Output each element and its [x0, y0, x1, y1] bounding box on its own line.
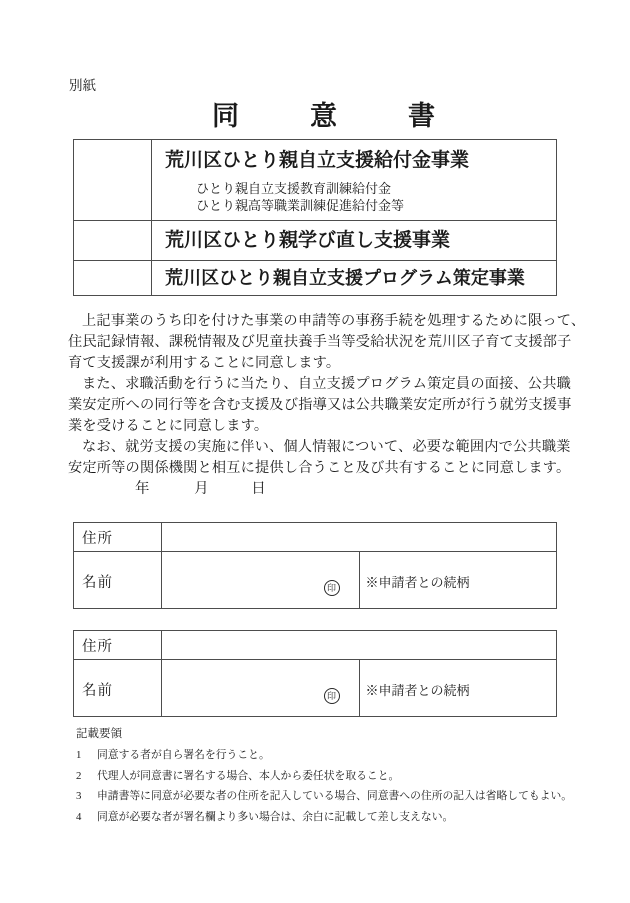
notes-section: 記載要領 1 同意する者が自ら署名を行うこと。 2 代理人が同意書に署名する場合… [76, 725, 576, 823]
program-cell-relearn: 荒川区ひとり親学び直し支援事業 [152, 221, 557, 261]
note-text: 同意する者が自ら署名を行うこと。 [97, 749, 270, 762]
name-row: 名前 印 ※申請者との続柄 [74, 552, 557, 609]
name-input-cell[interactable]: 印 [162, 660, 360, 717]
relation-cell[interactable]: ※申請者との続柄 [359, 660, 557, 717]
consent-text: 上記事業のうち印を付けた事業の申請等の事務手続を処理するために限って、 住民記録… [68, 311, 573, 479]
note-item: 3 申請書等に同意が必要な者の住所を記入している場合、同意書への住所の記入は省略… [76, 790, 576, 803]
name-input-cell[interactable]: 印 [162, 552, 360, 609]
notes-heading: 記載要領 [76, 725, 576, 741]
note-number: 1 [76, 749, 97, 762]
name-label: 名前 [74, 660, 162, 717]
address-row: 住所 [74, 631, 557, 660]
consent-line: また、求職活動を行うに当たり、自立支援プログラム策定員の面接、公共職 [68, 374, 573, 395]
date-line: 年 月 日 [68, 477, 266, 498]
program-mark-cell-2[interactable] [74, 221, 152, 261]
consent-line: 業を受けることに同意します。 [68, 416, 573, 437]
note-text: 代理人が同意書に署名する場合、本人から委任状を取ること。 [97, 770, 399, 783]
page-title: 同意書 [0, 94, 630, 133]
attachment-label: 別紙 [69, 74, 96, 94]
date-month-label: 月 [194, 481, 209, 497]
relation-label: ※申請者との続柄 [366, 683, 470, 698]
address-input-cell[interactable] [162, 631, 557, 660]
consent-line: 育て支援課が利用することに同意します。 [68, 353, 573, 374]
consent-line: 住民記録情報、課税情報及び児童扶養手当等受給状況を荒川区子育て支援部子 [68, 332, 573, 353]
program-row-relearn: 荒川区ひとり親学び直し支援事業 [74, 221, 557, 261]
address-input-cell[interactable] [162, 523, 557, 552]
name-label: 名前 [74, 552, 162, 609]
note-item: 4 同意が必要な者が署名欄より多い場合は、余白に記載して差し支えない。 [76, 811, 576, 824]
program-cell-plan: 荒川区ひとり親自立支援プログラム策定事業 [152, 261, 557, 296]
address-label: 住所 [74, 523, 162, 552]
note-text: 申請書等に同意が必要な者の住所を記入している場合、同意書への住所の記入は省略して… [97, 790, 572, 803]
program-title: 荒川区ひとり親自立支援プログラム策定事業 [165, 266, 552, 290]
relation-label: ※申請者との続柄 [366, 575, 470, 590]
programs-table: 荒川区ひとり親自立支援給付金事業 ひとり親自立支援教育訓練給付金 ひとり親高等職… [73, 139, 557, 296]
note-number: 4 [76, 811, 97, 824]
relation-cell[interactable]: ※申請者との続柄 [359, 552, 557, 609]
program-subitem: ひとり親自立支援教育訓練給付金 [196, 180, 552, 197]
address-label: 住所 [74, 631, 162, 660]
program-mark-cell-3[interactable] [74, 261, 152, 296]
address-row: 住所 [74, 523, 557, 552]
date-year-label: 年 [135, 481, 150, 497]
note-text: 同意が必要な者が署名欄より多い場合は、余白に記載して差し支えない。 [97, 811, 453, 824]
name-row: 名前 印 ※申請者との続柄 [74, 660, 557, 717]
consent-line: 上記事業のうち印を付けた事業の申請等の事務手続を処理するために限って、 [68, 311, 573, 332]
consent-line: なお、就労支援の実施に伴い、個人情報について、必要な範囲内で公共職業 [68, 437, 573, 458]
program-subitem: ひとり親高等職業訓練促進給付金等 [196, 197, 552, 214]
program-row-benefit: 荒川区ひとり親自立支援給付金事業 ひとり親自立支援教育訓練給付金 ひとり親高等職… [74, 140, 557, 221]
signature-table-1: 住所 名前 印 ※申請者との続柄 [73, 522, 557, 609]
note-item: 2 代理人が同意書に署名する場合、本人から委任状を取ること。 [76, 770, 576, 783]
program-title: 荒川区ひとり親自立支援給付金事業 [165, 149, 552, 173]
seal-icon: 印 [324, 580, 340, 596]
note-number: 3 [76, 790, 97, 803]
program-row-plan: 荒川区ひとり親自立支援プログラム策定事業 [74, 261, 557, 296]
signature-table-2: 住所 名前 印 ※申請者との続柄 [73, 630, 557, 717]
program-cell-benefit: 荒川区ひとり親自立支援給付金事業 ひとり親自立支援教育訓練給付金 ひとり親高等職… [152, 140, 557, 221]
note-item: 1 同意する者が自ら署名を行うこと。 [76, 749, 576, 762]
document-page: 別紙 同意書 荒川区ひとり親自立支援給付金事業 ひとり親自立支援教育訓練給付金 … [0, 0, 630, 903]
consent-line: 安定所等の関係機関と相互に提供し合うこと及び共有することに同意します。 [68, 458, 573, 479]
note-number: 2 [76, 770, 97, 783]
consent-line: 業安定所への同行等を含む支援及び指導又は公共職業安定所が行う就労支援事 [68, 395, 573, 416]
program-mark-cell-1[interactable] [74, 140, 152, 221]
date-day-label: 日 [251, 481, 266, 497]
program-title: 荒川区ひとり親学び直し支援事業 [165, 229, 552, 253]
seal-icon: 印 [324, 688, 340, 704]
